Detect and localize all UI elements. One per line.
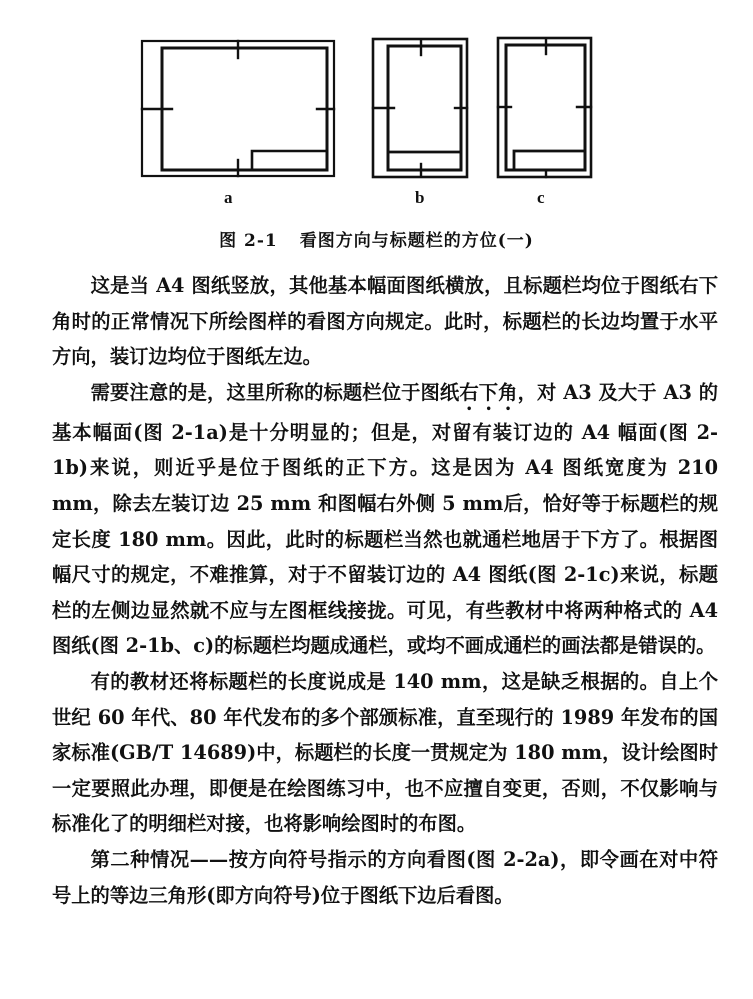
paragraph-2: 需要注意的是，这里所称的标题栏位于图纸右下角，对 A3 及大于 A3 的基本幅面… [52,375,718,664]
panel-a-diagram [142,41,334,176]
paragraph-1: 这是当 A4 图纸竖放，其他基本幅面图纸横放，且标题栏均位于图纸右下角时的正常情… [52,268,718,375]
panel-c-diagram [498,38,591,177]
paragraph-text: 第二种情况——按方向符号指示的方向看图(图 2-2a)，即令画在对中符号上的等边… [52,848,718,907]
figure-title: 看图方向与标题栏的方位(一) [300,231,534,251]
paragraph-text: 有的教材还将标题栏的长度说成是 140 mm，这是缺乏根据的。自上个世纪 60 … [52,670,718,835]
panel-c-label: c [537,188,545,208]
paragraph-3: 有的教材还将标题栏的长度说成是 140 mm，这是缺乏根据的。自上个世纪 60 … [52,664,718,842]
emphasized-text: 右下角 [459,381,517,404]
panel-b-diagram [373,39,467,177]
figure-number: 图 2-1 [219,231,278,251]
panel-a-label: a [224,188,233,208]
paragraph-text: 需要注意的是，这里所称的标题栏位于图纸 [91,381,460,404]
paragraph-4: 第二种情况——按方向符号指示的方向看图(图 2-2a)，即令画在对中符号上的等边… [52,842,718,913]
paragraph-text: ，对 A3 及大于 A3 的基本幅面(图 2-1a)是十分明显的；但是，对留有装… [52,381,718,658]
drawing-sheet-diagrams [0,0,753,260]
paragraph-text: 这是当 A4 图纸竖放，其他基本幅面图纸横放，且标题栏均位于图纸右下角时的正常情… [52,274,718,368]
figure-caption: 图 2-1看图方向与标题栏的方位(一) [0,226,753,251]
body-text: 这是当 A4 图纸竖放，其他基本幅面图纸横放，且标题栏均位于图纸右下角时的正常情… [52,268,718,913]
figure-2-1: a b c 图 2-1看图方向与标题栏的方位(一) [0,0,753,260]
panel-b-label: b [415,188,424,208]
